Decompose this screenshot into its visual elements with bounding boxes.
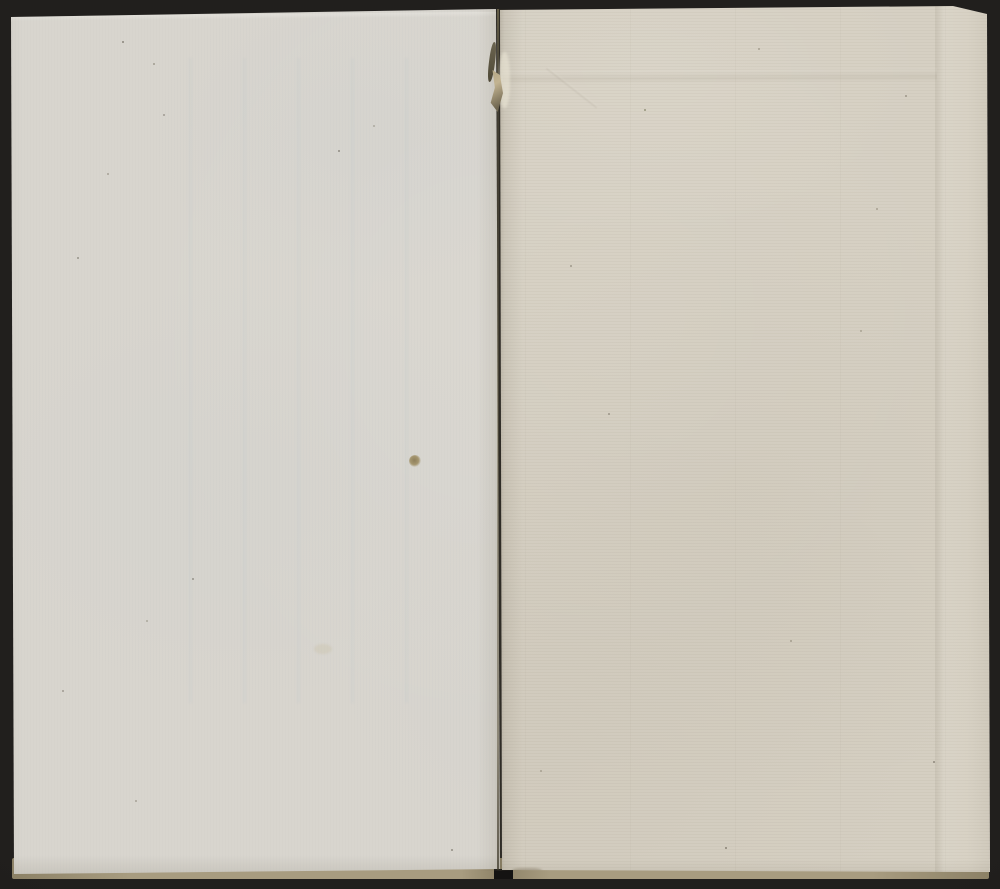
paper-specks xyxy=(0,0,2,2)
paper-specks xyxy=(0,0,2,2)
fore-edge-fold-crease xyxy=(935,6,989,872)
gutter-fold-line xyxy=(497,9,499,870)
left-page-top-edge xyxy=(11,12,497,21)
showthrough-columns xyxy=(138,58,458,703)
book-scan xyxy=(0,0,1000,889)
paper-tear xyxy=(481,34,513,114)
gutter-shadow xyxy=(477,9,523,871)
smudge-mark xyxy=(314,644,332,654)
fox-stain xyxy=(409,455,421,467)
